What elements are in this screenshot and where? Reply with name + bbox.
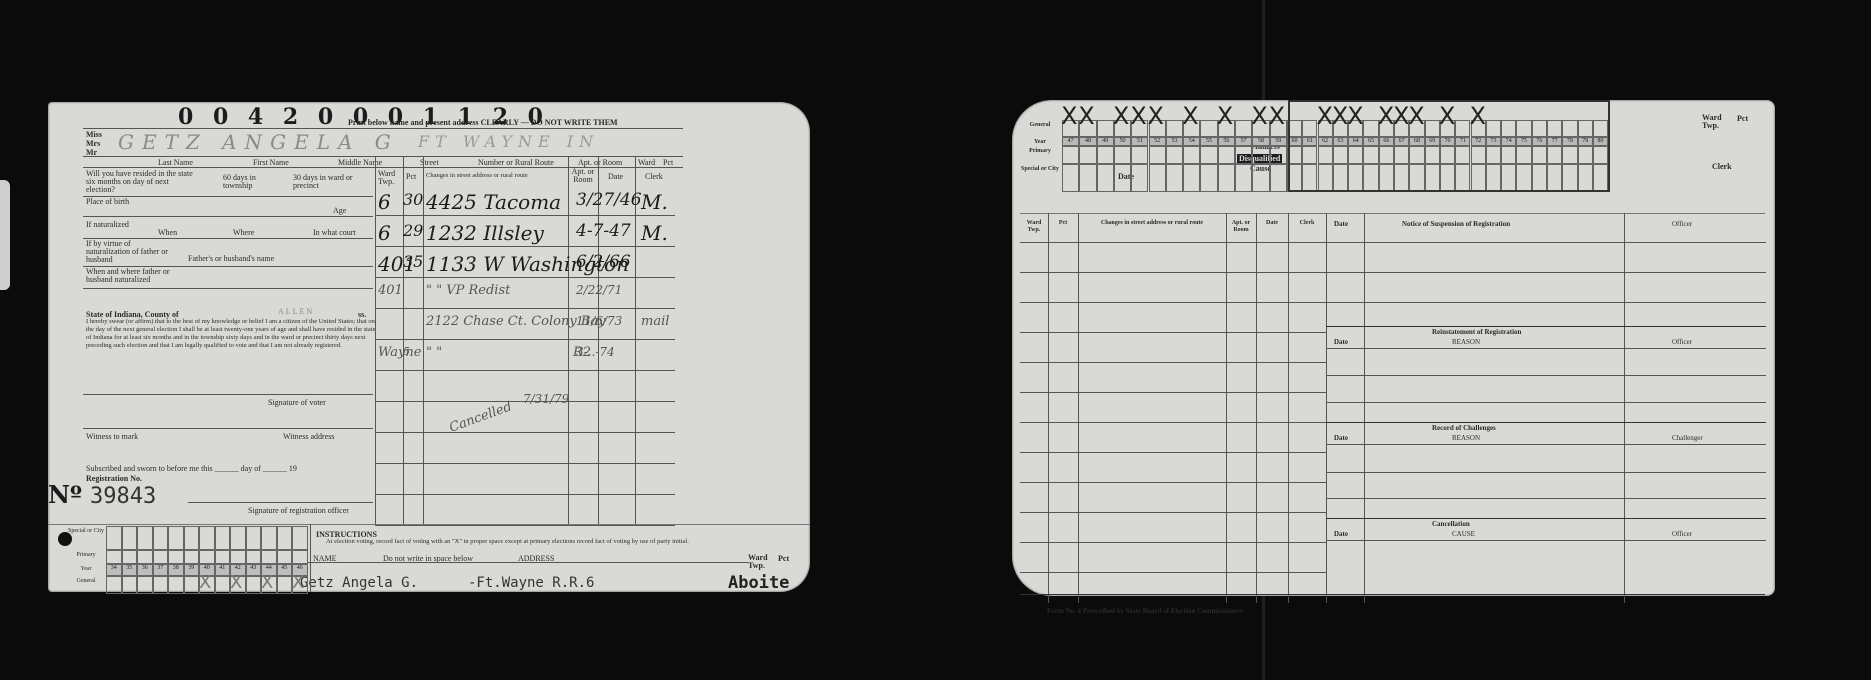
cell-pct: 29 — [403, 221, 423, 240]
label-number: Number or Rural Route — [478, 158, 554, 167]
cell-date: 6/2/66 — [576, 252, 631, 272]
label-where: Where — [233, 228, 254, 237]
back-vote-cell — [1079, 146, 1096, 164]
divider — [1326, 422, 1766, 423]
vote-cell: 34 — [106, 564, 122, 576]
back-vote-cell: 56 — [1218, 137, 1235, 146]
col-changes: Changes in street address or rural route — [426, 172, 528, 179]
back-row-divider — [1020, 452, 1326, 453]
back-col-header: Changes in street address or rural route — [1078, 220, 1226, 227]
back-row-divider — [1020, 542, 1326, 543]
back-vote-cell — [1097, 146, 1114, 164]
vote-row-label: Year — [68, 566, 104, 573]
vote-cell — [106, 526, 122, 550]
back-vote-cell: 49 — [1097, 137, 1114, 146]
challenges-title: Record of Challenges — [1432, 424, 1496, 432]
cell-ward: Wayne — [378, 345, 421, 360]
vote-cell — [230, 526, 246, 550]
back-vote-row-label: Primary — [1020, 148, 1060, 155]
form-footer: Form No. 4 Prescribed by State Board of … — [1047, 607, 1243, 615]
back-vote-cell: 51 — [1131, 137, 1148, 146]
vote-cell — [292, 526, 308, 550]
divider — [1326, 348, 1766, 349]
row-divider — [375, 339, 675, 340]
row-divider — [375, 463, 675, 464]
vote-cell — [153, 550, 169, 564]
cell-address: " " — [426, 345, 442, 360]
back-row-divider — [1020, 302, 1326, 303]
challenges-reason: REASON — [1452, 434, 1480, 442]
back-vote-row-label: Year — [1020, 139, 1060, 146]
challenges-officer: Challenger — [1672, 434, 1703, 442]
instructions-text: At election voting, record fact of votin… — [326, 538, 766, 546]
back-vote-cell — [1200, 164, 1217, 192]
label-court: In what court — [313, 228, 356, 237]
vote-cell — [246, 550, 262, 564]
label-pct: Pct — [663, 158, 673, 167]
back-row-divider — [1020, 482, 1326, 483]
vote-cell — [246, 576, 262, 594]
back-vote-cell — [1114, 146, 1131, 164]
back-vote-x-mark: X — [1182, 104, 1198, 128]
vote-cell — [246, 526, 262, 550]
divider — [1326, 402, 1766, 403]
divider — [310, 524, 311, 592]
vote-cell — [215, 550, 231, 564]
back-row-divider — [1020, 362, 1326, 363]
voter-address: FT WAYNE IN — [418, 132, 599, 151]
vote-cell — [168, 576, 184, 594]
cancellation-date: Date — [1334, 530, 1348, 538]
back-vote-cell — [1270, 146, 1287, 164]
cell-pct: 30 — [403, 190, 423, 209]
vote-cell — [168, 526, 184, 550]
back-row-divider — [1020, 332, 1326, 333]
vote-cell — [153, 526, 169, 550]
vote-cell — [184, 576, 200, 594]
back-vote-cell: 55 — [1200, 137, 1217, 146]
back-vote-cell — [1166, 120, 1183, 137]
cell-date: 3/27/46 — [576, 190, 642, 210]
reinstatement-title: Reinstatement of Registration — [1432, 328, 1521, 336]
back-vote-x-mark: X — [1078, 104, 1094, 128]
vote-cell: 41 — [215, 564, 231, 576]
vote-cell: 39 — [184, 564, 200, 576]
back-vote-cell — [1183, 164, 1200, 192]
vote-cell: 45 — [277, 564, 293, 576]
label-ward: Ward — [638, 158, 655, 167]
back-row-divider — [1020, 512, 1326, 513]
back-col-header: Pct — [1048, 220, 1078, 227]
divider — [1326, 375, 1766, 376]
label-ward-twp: Ward Twp. — [748, 554, 768, 570]
suspension-date: Date — [1334, 220, 1348, 228]
label-birthplace: Place of birth — [86, 198, 136, 206]
back-row-divider — [1020, 272, 1326, 273]
registration-card-back: Ward Twp. Pct Clerk Address Disqualified… — [1012, 100, 1775, 596]
vote-x-mark: X — [261, 574, 273, 592]
label-by-virtue: If by virtue of naturalization of father… — [86, 240, 176, 264]
cell-ward: 6 — [378, 221, 391, 245]
back-vote-cell: 50 — [1114, 137, 1131, 146]
cell-date: 4-7-47 — [576, 221, 631, 241]
back-vote-x-mark: X — [1113, 104, 1129, 128]
cell-date: 3-..-74 — [576, 345, 615, 359]
question-ward: 30 days in ward or precinct — [293, 174, 368, 190]
back-vote-cell — [1218, 146, 1235, 164]
back-vote-cell — [1166, 146, 1183, 164]
divider — [1326, 326, 1766, 327]
cancellation-title: Cancellation — [1432, 520, 1470, 528]
col-date: Date — [608, 172, 623, 181]
vote-cell — [199, 550, 215, 564]
back-vote-cell — [1200, 146, 1217, 164]
vote-cell — [215, 576, 231, 594]
voter-name: GETZ ANGELA G — [118, 130, 399, 154]
back-vote-cell — [1097, 120, 1114, 137]
back-vote-cell — [1235, 164, 1252, 192]
cell-address: Cancelled — [447, 399, 514, 435]
vote-cell: 37 — [153, 564, 169, 576]
back-vote-cell — [1166, 164, 1183, 192]
cell-date: 7/31/79 — [523, 392, 569, 406]
question-resided: Will you have resided in the state six m… — [86, 170, 196, 194]
back-vote-cell — [1183, 146, 1200, 164]
back-row-divider — [1020, 242, 1326, 243]
vote-cell — [106, 576, 122, 594]
cell-pct: 35 — [403, 252, 423, 271]
back-label-pct: Pct — [1737, 114, 1748, 123]
divider — [1326, 242, 1766, 243]
row-divider — [375, 277, 675, 278]
back-vote-cell — [1062, 164, 1079, 192]
cell-address: 1232 Illsley — [426, 221, 544, 245]
salutation-labels: Miss Mrs Mr — [86, 130, 102, 157]
vote-cell — [184, 550, 200, 564]
vote-cell: 36 — [137, 564, 153, 576]
back-vote-cell — [1114, 164, 1131, 192]
registration-card-front: 0 0 4 2 0 0 0 1 1 2 0 Print below name a… — [48, 102, 810, 592]
vote-cell — [122, 526, 138, 550]
divider — [1326, 302, 1766, 303]
vote-x-mark: X — [199, 574, 211, 592]
question-township: 60 days in township — [223, 174, 283, 190]
cell-date: 11/6/73 — [576, 314, 622, 328]
row-divider — [375, 246, 675, 247]
label-witness-address: Witness address — [283, 432, 334, 441]
vote-cell — [137, 550, 153, 564]
film-edge — [0, 180, 10, 290]
vote-cell — [168, 550, 184, 564]
cell-pct: 5 — [403, 345, 410, 358]
vote-cell: 38 — [168, 564, 184, 576]
label-pct-bottom: Pct — [778, 554, 789, 563]
row-divider — [375, 370, 675, 371]
vote-row-label: Primary — [68, 552, 104, 559]
back-vote-row-label: General — [1020, 122, 1060, 129]
suspension-officer: Officer — [1672, 220, 1692, 228]
label-age: Age — [333, 206, 346, 215]
cell-ward: 401 — [378, 283, 403, 298]
vote-cell — [137, 526, 153, 550]
row-divider — [375, 525, 675, 526]
vote-cell — [122, 550, 138, 564]
back-col-header: Apt. or Room — [1226, 220, 1256, 234]
back-vote-cell — [1062, 146, 1079, 164]
vote-cell — [184, 526, 200, 550]
back-vote-cell — [1149, 164, 1166, 192]
divider — [1326, 518, 1766, 519]
back-vote-cell — [1131, 164, 1148, 192]
back-vote-x-mark: X — [1148, 104, 1164, 128]
vote-cell — [292, 550, 308, 564]
cell-clerk: M. — [641, 221, 668, 245]
back-vote-x-mark: X — [1217, 104, 1233, 128]
back-col-header: Clerk — [1288, 220, 1326, 227]
cancellation-officer: Officer — [1672, 530, 1692, 538]
reinstatement-date: Date — [1334, 338, 1348, 346]
vote-cell — [277, 526, 293, 550]
divider — [1326, 498, 1766, 499]
label-last-name: Last Name — [158, 158, 193, 167]
vote-cell — [153, 576, 169, 594]
label-father-name: Father's or husband's name — [188, 254, 274, 263]
oath-county: ALLEN — [278, 307, 314, 316]
registration-number: 39843 — [90, 484, 156, 509]
back-vote-x-mark: X — [1130, 104, 1146, 128]
back-vote-x-mark: X — [1251, 104, 1267, 128]
vote-cell — [215, 526, 231, 550]
back-label-clerk: Clerk — [1712, 162, 1732, 171]
label-signature: Signature of voter — [268, 398, 326, 407]
back-vote-cell — [1149, 146, 1166, 164]
back-vote-cell: 57 — [1235, 137, 1252, 146]
vote-cell — [277, 576, 293, 594]
cell-date: 2/22/71 — [576, 283, 622, 297]
vote-cell — [122, 576, 138, 594]
vote-cell — [230, 550, 246, 564]
vote-cell: 43 — [246, 564, 262, 576]
vote-cell — [261, 526, 277, 550]
back-vote-cell — [1079, 164, 1096, 192]
vote-row-label: Special or City — [68, 528, 104, 535]
back-vote-cell: 52 — [1149, 137, 1166, 146]
row-divider — [375, 308, 675, 309]
label-naturalized: If naturalized — [86, 220, 129, 229]
cell-address: 4425 Tacoma — [426, 190, 561, 214]
cell-clerk: mail — [641, 314, 669, 329]
disqualified-box — [1288, 100, 1610, 192]
back-vote-cell: 47 — [1062, 137, 1079, 146]
reinstatement-reason: REASON — [1452, 338, 1480, 346]
header-instruction: Print below name and present address CLE… — [348, 118, 618, 127]
typed-name: Getz Angela G. — [300, 575, 418, 591]
back-vote-cell — [1218, 164, 1235, 192]
back-row-divider — [1020, 392, 1326, 393]
back-vote-cell: 48 — [1079, 137, 1096, 146]
divider — [1326, 272, 1766, 273]
typed-address: -Ft.Wayne R.R.6 — [468, 575, 594, 591]
back-vote-cell: 53 — [1166, 137, 1183, 146]
back-vote-cell — [1097, 164, 1114, 192]
row-divider — [375, 432, 675, 433]
row-divider — [375, 215, 675, 216]
back-row-divider — [1020, 422, 1326, 423]
oath-text: I hereby swear (or affirm) that to the b… — [86, 318, 376, 350]
col-ward: Ward Twp. — [378, 170, 402, 186]
typed-township: Aboite — [728, 573, 789, 593]
divider — [1326, 444, 1766, 445]
back-label-ward: Ward Twp. — [1702, 114, 1724, 130]
back-vote-cell — [1252, 146, 1269, 164]
row-divider — [375, 494, 675, 495]
vote-cell — [261, 550, 277, 564]
back-vote-cell — [1235, 146, 1252, 164]
challenges-date: Date — [1334, 434, 1348, 442]
back-vote-cell — [1270, 164, 1287, 192]
col-pct: Pct — [406, 172, 416, 181]
back-vote-cell: 58 — [1252, 137, 1269, 146]
label-when-where: When and where father or husband natural… — [86, 268, 186, 284]
back-row-divider — [1020, 572, 1326, 573]
subscribed-line: Subscribed and sworn to before me this _… — [86, 464, 297, 473]
reinstatement-officer: Officer — [1672, 338, 1692, 346]
cell-clerk: M. — [641, 190, 668, 214]
cell-address: " " VP Redist — [426, 283, 510, 298]
col-clerk: Clerk — [645, 172, 663, 181]
back-vote-x-mark: X — [1061, 104, 1077, 128]
label-first-name: First Name — [253, 158, 289, 167]
label-apt: Apt. or Room — [578, 158, 622, 167]
back-vote-cell — [1252, 164, 1269, 192]
vote-cell — [137, 576, 153, 594]
registration-prefix: Nº — [48, 480, 82, 509]
suspension-title: Notice of Suspension of Registration — [1402, 220, 1510, 228]
vote-cell — [199, 526, 215, 550]
back-vote-cell: 59 — [1270, 137, 1287, 146]
label-witness: Witness to mark — [86, 432, 138, 441]
col-apt: Apt. or Room — [570, 168, 596, 184]
label-when: When — [158, 228, 177, 237]
divider — [1326, 472, 1766, 473]
divider — [1020, 594, 1765, 595]
vote-cell: 35 — [122, 564, 138, 576]
vote-cell — [277, 550, 293, 564]
back-vote-cell — [1200, 120, 1217, 137]
vote-row-label: General — [68, 578, 104, 585]
back-vote-cell: 54 — [1183, 137, 1200, 146]
vote-cell — [106, 550, 122, 564]
label-officer-signature: Signature of registration officer — [248, 506, 349, 515]
vote-x-mark: X — [230, 574, 242, 592]
back-vote-cell — [1235, 120, 1252, 137]
cancellation-reason: CAUSE — [1452, 530, 1475, 538]
cell-ward: 6 — [378, 190, 391, 214]
back-vote-row-label: Special or City — [1020, 166, 1060, 173]
back-col-header: Date — [1256, 220, 1288, 227]
divider — [1326, 540, 1766, 541]
vote-x-mark: X — [292, 574, 304, 592]
back-vote-cell — [1131, 146, 1148, 164]
back-col-header: Ward Twp. — [1020, 220, 1048, 234]
label-registration-no: Registration No. — [86, 474, 142, 483]
back-vote-x-mark: X — [1269, 104, 1285, 128]
